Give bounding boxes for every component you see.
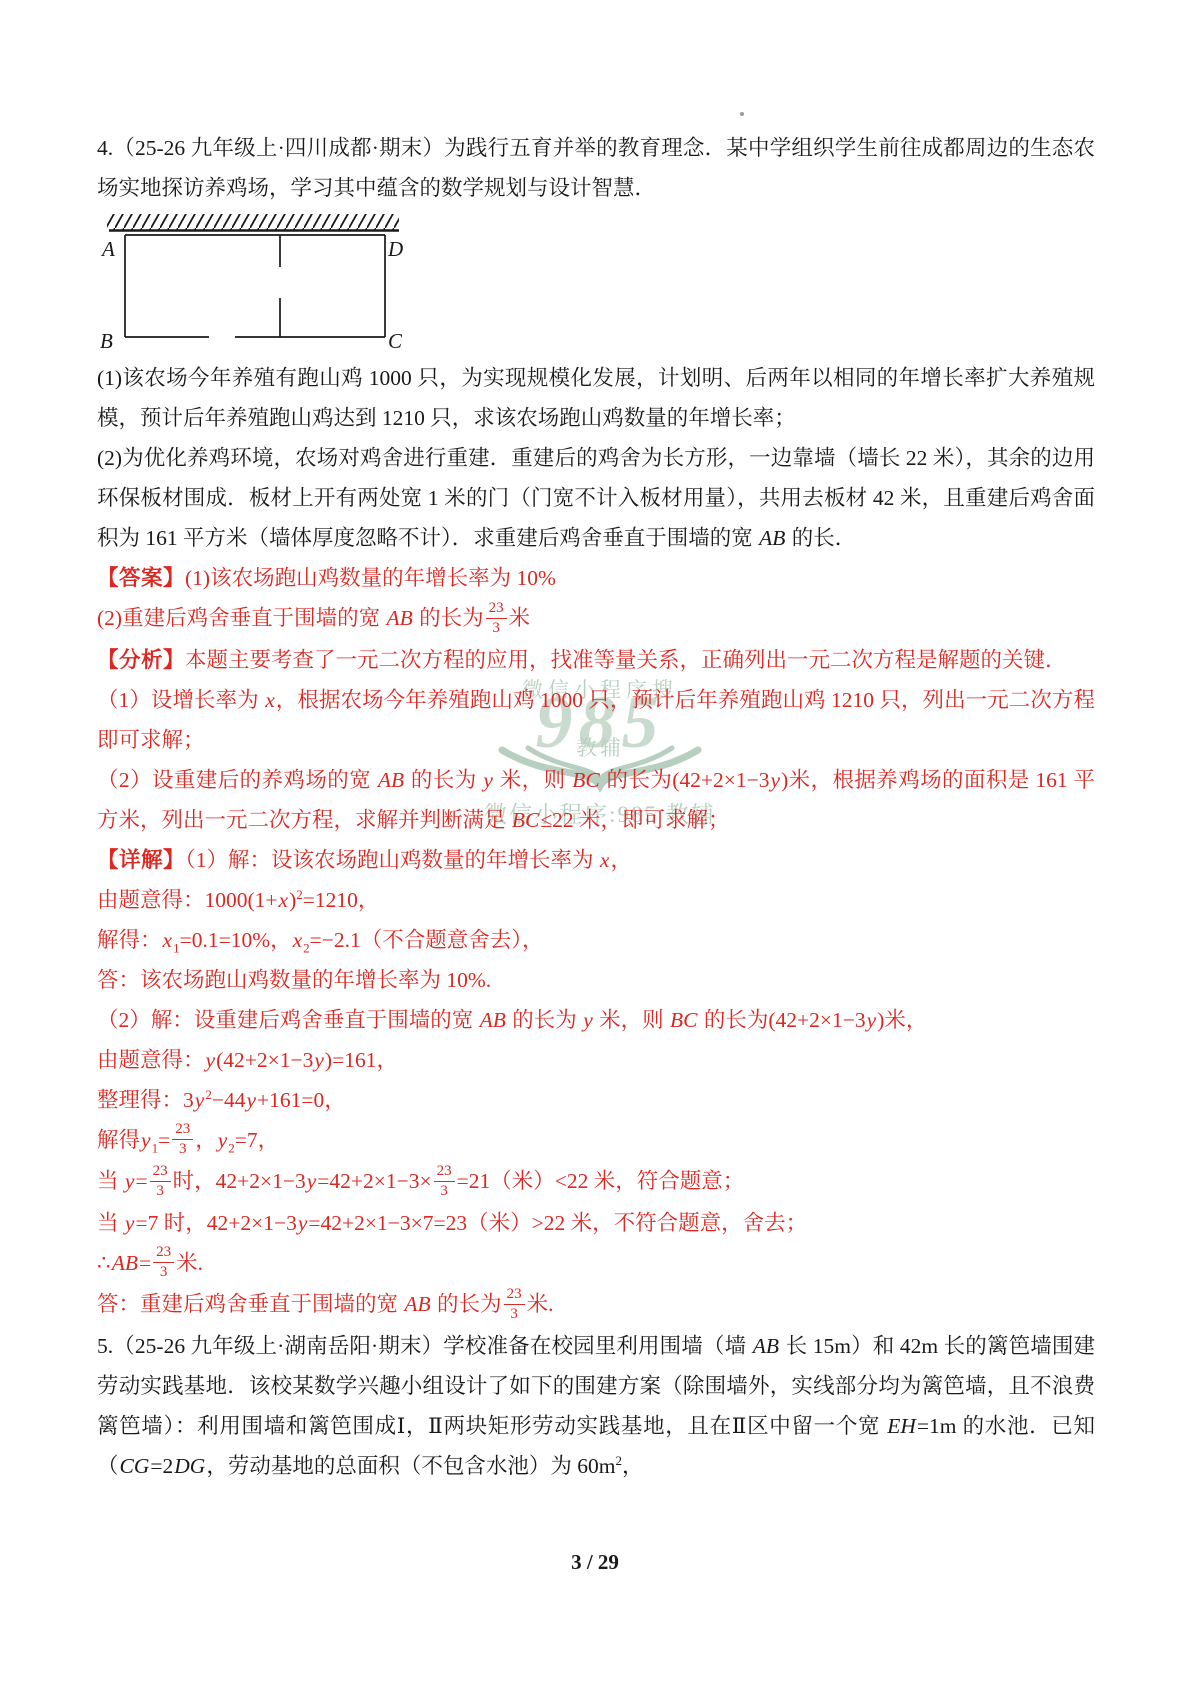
answer-part1: 【答案】(1)该农场跑山鸡数量的年增长率为 10%: [97, 558, 1095, 598]
vertex-label-D: D: [387, 237, 403, 261]
detail-case1: 当 y=233时，42+2×1−3y=42+2×1−3×233=21（米）<22…: [97, 1161, 1095, 1203]
analysis-part1: （1）设增长率为 x，根据农场今年养殖跑山鸡 1000 只，预计后年养殖跑山鸡 …: [97, 680, 1095, 760]
detail-equation1: 由题意得：1000(1+x)2=1210，: [97, 880, 1095, 920]
problem4-question1: (1)该农场今年养殖有跑山鸡 1000 只，为实现规模化发展，计划明、后两年以相…: [97, 358, 1095, 438]
detail-answer2: 答：重建后鸡舍垂直于围墙的宽 AB 的长为233米.: [97, 1284, 1095, 1326]
chicken-coop-figure: A D B C: [97, 212, 1095, 356]
fraction: 233: [434, 1164, 455, 1199]
fraction: 233: [172, 1122, 193, 1157]
analysis-intro: 【分析】本题主要考查了一元二次方程的应用，找准等量关系，正确列出一元二次方程是解…: [97, 640, 1095, 680]
worksheet-page: 微信小程序搜 985 教辅 微信小程序:985 教辅 4.（25-26 九年级上…: [0, 0, 1190, 1683]
detail-part2: （2）解：设重建后鸡舍垂直于围墙的宽 AB 的长为 y 米，则 BC 的长为(4…: [97, 1000, 1095, 1040]
coop-diagram: A D B C: [97, 212, 417, 354]
vertex-label-C: C: [388, 329, 403, 353]
detail-equation3: 整理得：3y2−44y+161=0，: [97, 1080, 1095, 1120]
detail-equation2: 由题意得：y(42+2×1−3y)=161，: [97, 1040, 1095, 1080]
detail-case2: 当 y=7 时，42+2×1−3y=42+2×1−3×7=23（米）>22 米，…: [97, 1203, 1095, 1243]
fraction: 233: [486, 601, 507, 636]
detail-therefore: ∴AB=233米.: [97, 1243, 1095, 1285]
problem5-header: 5.（25-26 九年级上·湖南岳阳·期末）学校准备在校园里利用围墙（墙 AB …: [97, 1326, 1095, 1486]
answer-part2: (2)重建后鸡舍垂直于围墙的宽 AB 的长为233米: [97, 598, 1095, 640]
detail-solve2: 解得y1=233，y2=7，: [97, 1120, 1095, 1162]
page-number: 3 / 29: [0, 1550, 1190, 1575]
wall-hatching: [107, 214, 399, 230]
analysis-part2: （2）设重建后的养鸡场的宽 AB 的长为 y 米，则 BC 的长为(42+2×1…: [97, 760, 1095, 840]
fraction: 233: [153, 1245, 174, 1280]
vertex-label-B: B: [100, 329, 113, 353]
fraction: 233: [150, 1164, 171, 1199]
document-body: 4.（25-26 九年级上·四川成都·期末）为践行五育并举的教育理念．某中学组织…: [0, 0, 1190, 1486]
detail-answer1: 答：该农场跑山鸡数量的年增长率为 10%.: [97, 960, 1095, 1000]
fraction: 233: [504, 1287, 525, 1322]
detail-part1: 【详解】（1）解：设该农场跑山鸡数量的年增长率为 x，: [97, 840, 1095, 880]
detail-solve1: 解得：x1=0.1=10%，x2=−2.1（不合题意舍去），: [97, 920, 1095, 960]
problem4-question2: (2)为优化养鸡环境，农场对鸡舍进行重建．重建后的鸡舍为长方形，一边靠墙（墙长 …: [97, 438, 1095, 558]
problem4-header: 4.（25-26 九年级上·四川成都·期末）为践行五育并举的教育理念．某中学组织…: [97, 128, 1095, 208]
vertex-label-A: A: [100, 237, 115, 261]
